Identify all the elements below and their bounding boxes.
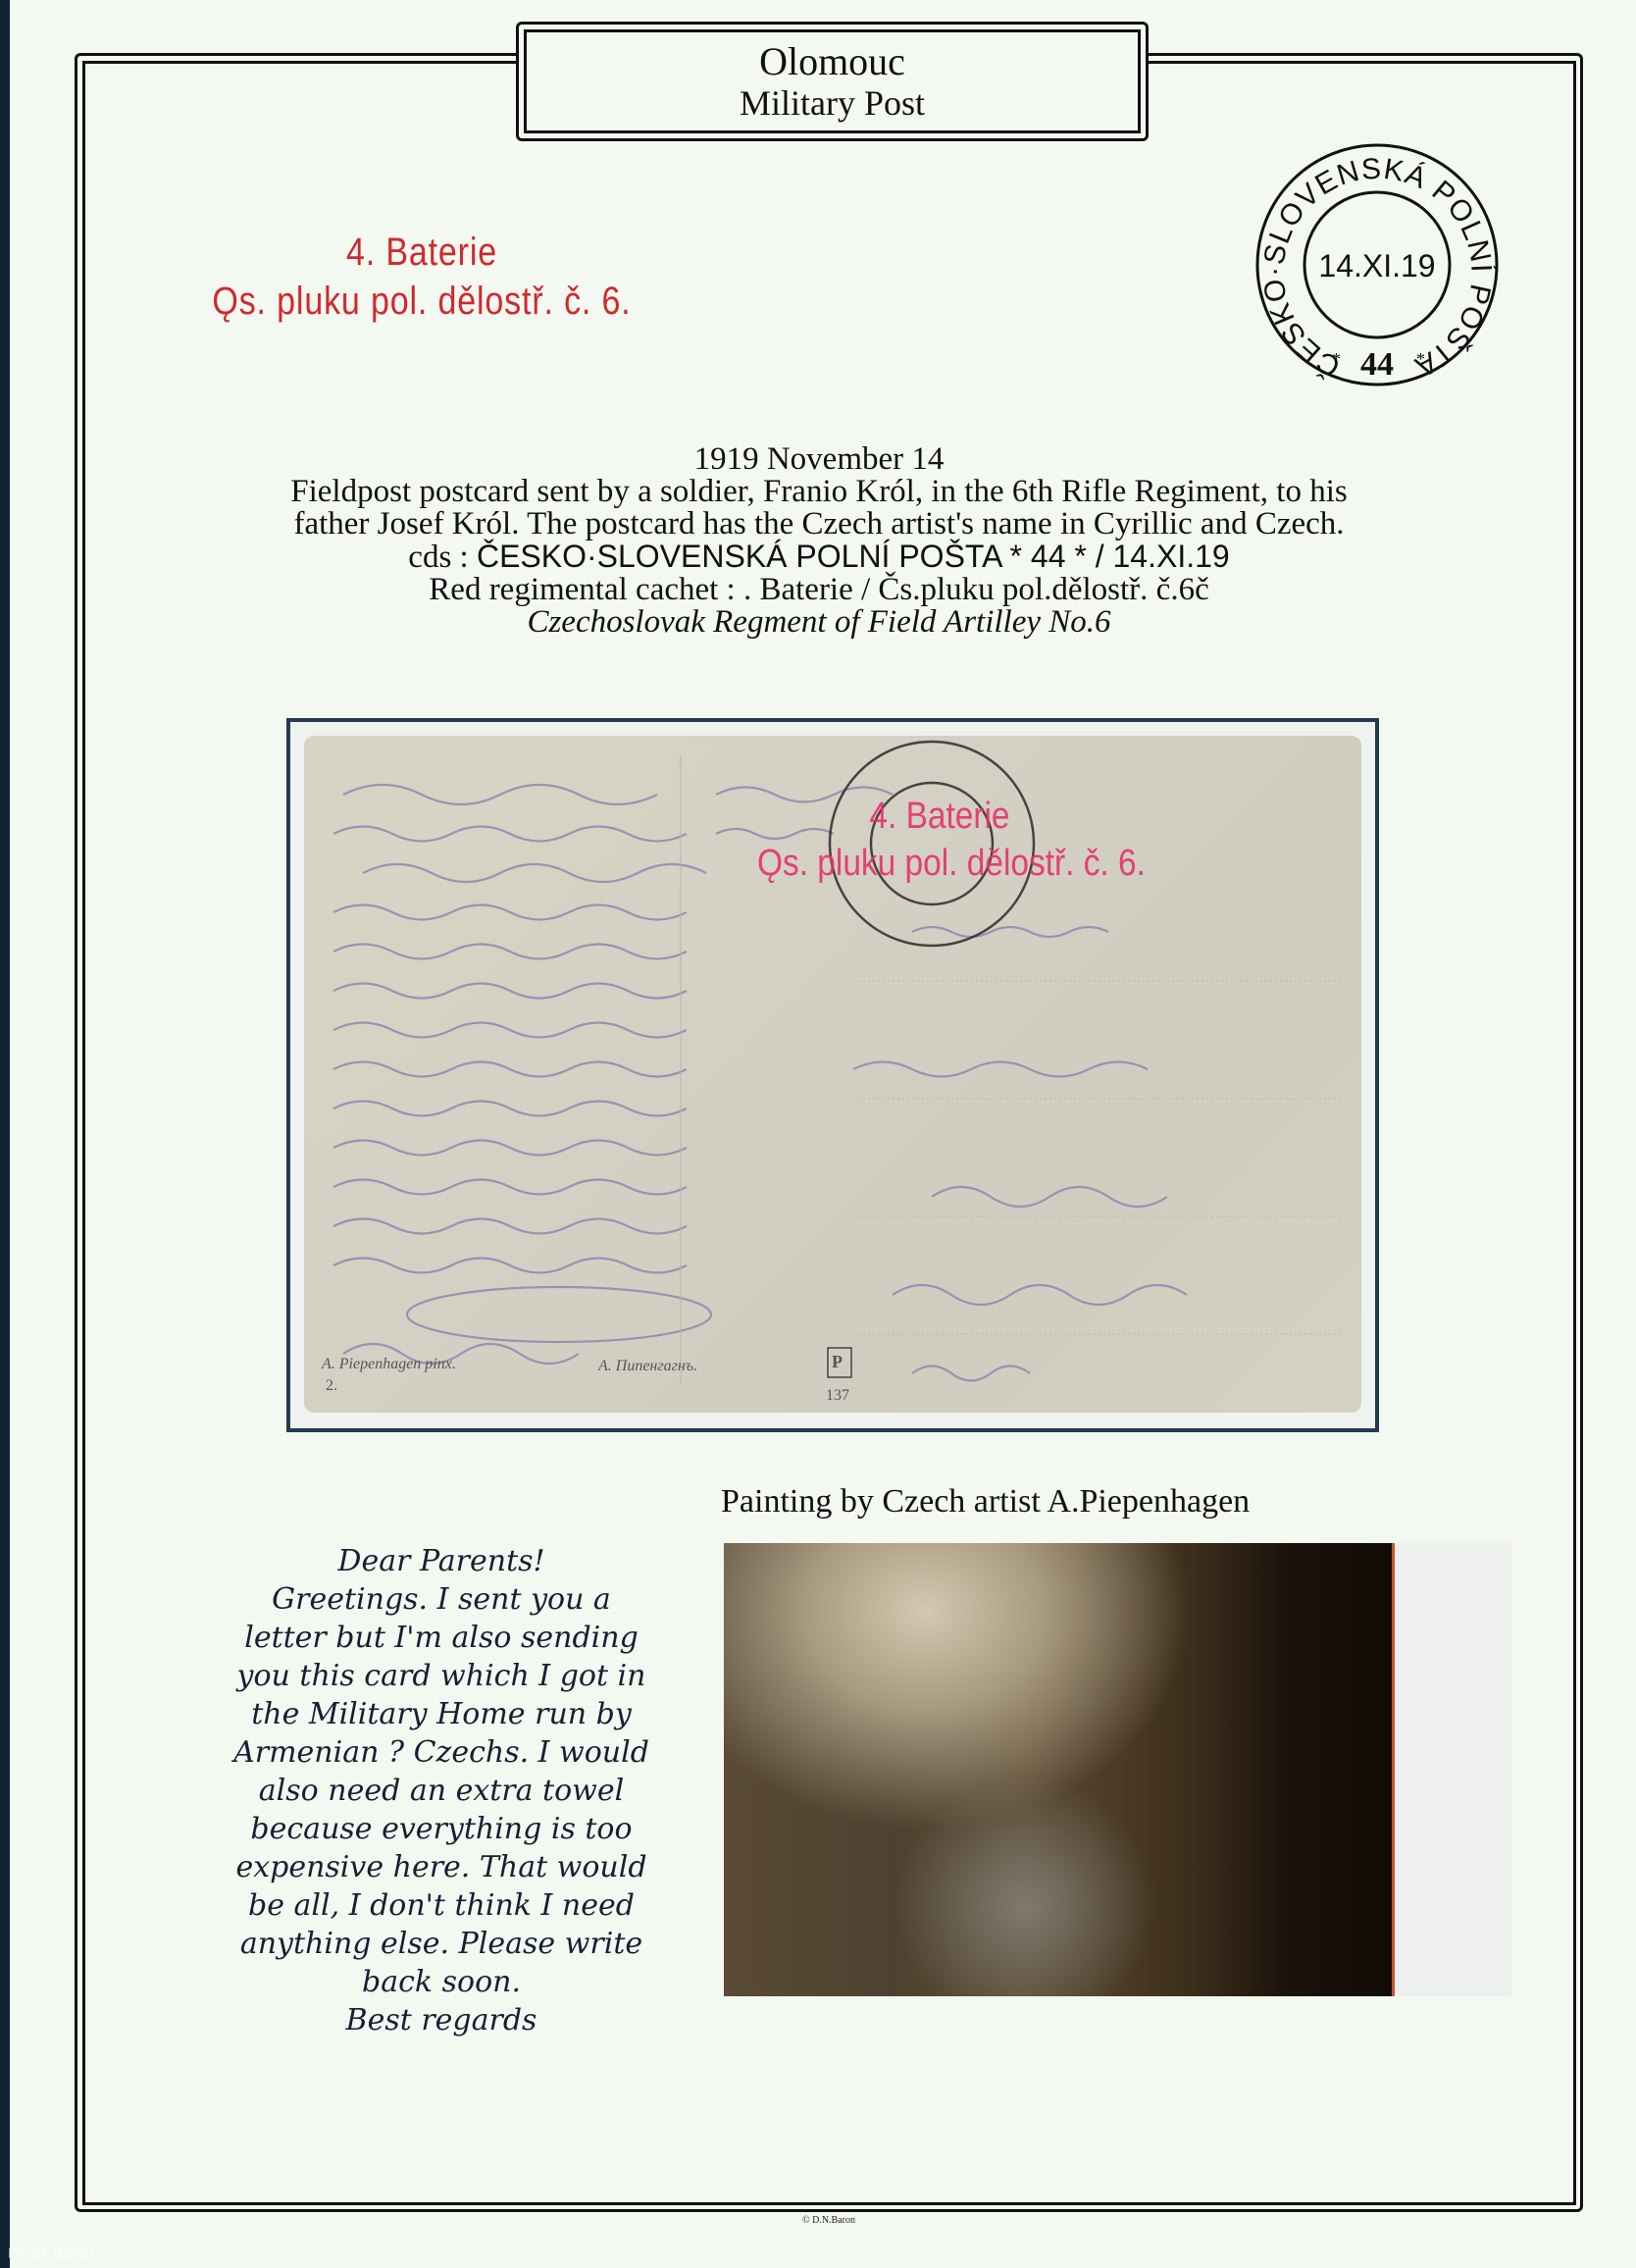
description-date: 1919 November 14 <box>147 443 1491 476</box>
landscape-painting <box>724 1543 1392 1996</box>
painting-card-margin <box>1392 1543 1512 1996</box>
postcard-cachet-line-2: Ǫs. pluku pol. dělostř. č. 6. <box>757 840 1146 887</box>
cds-prefix: cds : <box>408 540 477 575</box>
scan-edge-strip <box>0 0 10 2268</box>
letter-line: Dear Parents! <box>147 1542 736 1580</box>
card-number: 137 <box>826 1387 849 1405</box>
publisher-logo: P <box>832 1352 843 1372</box>
letter-line: Greetings. I sent you a <box>147 1580 736 1619</box>
postmark-star-left: * <box>1332 349 1341 369</box>
letter-line: expensive here. That would <box>147 1848 736 1886</box>
letter-line: Armenian ? Czechs. I would <box>147 1733 736 1772</box>
page-subtitle: Military Post <box>740 83 925 123</box>
artist-name-latin: A. Piepenhagen pinx. <box>322 1356 456 1373</box>
cachet-line-2: Ǫs. pluku pol. dělostř. č. 6. <box>188 277 655 326</box>
artist-name-cyrillic: А. Пипенгагнъ. <box>598 1358 697 1375</box>
letter-line: Best regards <box>147 2001 736 2039</box>
letter-line: letter but I'm also sending <box>147 1619 736 1657</box>
watermark: Derek Baron <box>8 2246 93 2262</box>
postcard-mount: 4. Baterie Ǫs. pluku pol. dělostř. č. 6.… <box>286 718 1379 1432</box>
painting-image <box>724 1543 1512 1996</box>
letter-line: be all, I don't think I need <box>147 1886 736 1925</box>
copyright-notice: © D.N.Baron <box>785 2215 873 2226</box>
postcard-red-cachet: 4. Baterie Ǫs. pluku pol. dělostř. č. 6. <box>757 793 1146 887</box>
description-line-1: Fieldpost postcard sent by a soldier, Fr… <box>147 476 1491 508</box>
page-title: Olomouc <box>759 40 905 83</box>
description-translation: Czechoslovak Regment of Field Artilley N… <box>147 606 1491 639</box>
title-box-inner: Olomouc Military Post <box>524 29 1141 133</box>
cachet-line-1: 4. Baterie <box>188 228 655 277</box>
letter-translation: Dear Parents!Greetings. I sent you alett… <box>147 1542 736 2039</box>
description-cds: cds : ČESKO·SLOVENSKÁ POLNÍ POŠTA * 44 *… <box>147 541 1491 574</box>
item-description: 1919 November 14 Fieldpost postcard sent… <box>147 443 1491 639</box>
series-number: 2. <box>326 1377 337 1395</box>
postcard-image: 4. Baterie Ǫs. pluku pol. dělostř. č. 6.… <box>304 736 1361 1413</box>
letter-line: back soon. <box>147 1963 736 2001</box>
postmark-number: 44 <box>1360 346 1394 383</box>
letter-line: the Military Home run by <box>147 1695 736 1733</box>
letter-line: also need an extra towel <box>147 1772 736 1810</box>
letter-line: anything else. Please write <box>147 1925 736 1963</box>
description-cachet: Red regimental cachet : . Baterie / Čs.p… <box>147 574 1491 606</box>
postmark-illustration: ČESKO·SLOVENSKÁ POLNÍ POŠTA 14.XI.19 44 … <box>1252 143 1503 387</box>
cds-text: ČESKO·SLOVENSKÁ POLNÍ POŠTA * 44 * / 14.… <box>477 539 1230 574</box>
description-line-2: father Josef Król. The postcard has the … <box>147 508 1491 541</box>
letter-line: you this card which I got in <box>147 1657 736 1695</box>
postcard-cachet-line-1: 4. Baterie <box>757 793 1146 840</box>
postmark-star-right: * <box>1416 349 1425 369</box>
painting-caption: Painting by Czech artist A.Piepenhagen <box>721 1483 1250 1521</box>
letter-line: because everything is too <box>147 1810 736 1848</box>
postmark-date: 14.XI.19 <box>1318 248 1435 283</box>
red-cachet-illustration: 4. Baterie Ǫs. pluku pol. dělostř. č. 6. <box>188 228 655 326</box>
title-box: Olomouc Military Post <box>516 22 1149 141</box>
